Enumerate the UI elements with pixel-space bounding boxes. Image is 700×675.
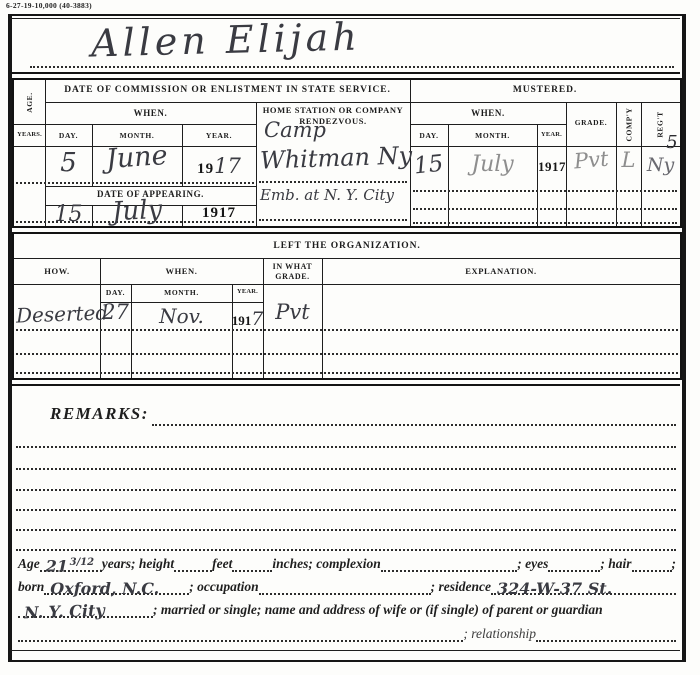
row-line: [14, 124, 256, 125]
form-print-number: 6-27-19-10,000 (40-3883): [6, 1, 92, 10]
mustered-year-value: 1917: [537, 158, 567, 176]
explanation-header: EXPLANATION.: [322, 266, 680, 277]
age-handwritten: 21 3/12: [46, 557, 94, 575]
record-card-frame: Allen Elijah: [8, 14, 686, 662]
relationship-label: ; relationship: [463, 627, 536, 642]
soldier-name-handwritten: Allen Elijah: [26, 18, 426, 62]
row-line: [14, 258, 680, 259]
personal-line-age: Age 21 3/12 years; height feet inches; c…: [18, 556, 676, 572]
wife-parent-blank: [18, 626, 463, 642]
mustered-month-header: MONTH.: [448, 131, 537, 140]
name-section-divider: [10, 72, 680, 74]
occupation-blank: [259, 579, 431, 595]
appearing-month-value: July: [92, 196, 182, 226]
height-field-label: years; height: [102, 557, 174, 572]
leftorg-month-header: MONTH.: [131, 288, 232, 297]
commission-year-value: 1917: [182, 154, 256, 178]
leftorg-year-value: 1917: [230, 308, 265, 330]
remarks-dotted-line: [16, 468, 676, 470]
entry-dotted-line: [413, 222, 677, 224]
leftorg-day-header: DAY.: [100, 288, 131, 297]
remarks-label: REMARKS:: [50, 404, 149, 424]
residence-label: ; residence: [431, 580, 491, 595]
born-handwritten: Oxford, N.C.: [50, 580, 159, 598]
day-header: DAY.: [45, 131, 92, 140]
column-line: [232, 284, 233, 378]
years-header: YEARS.: [14, 131, 45, 139]
relationship-blank: [536, 626, 676, 642]
home-station-line1: Camp: [264, 118, 334, 142]
row-line: [14, 284, 680, 285]
column-line: [256, 102, 257, 226]
mustered-company-value: L: [616, 148, 641, 172]
mustered-grade-value: Pvt: [566, 148, 616, 172]
born-blank: Oxford, N.C.: [44, 579, 189, 595]
remarks-dotted-line: [16, 549, 676, 551]
remarks-dotted-line: [16, 489, 676, 491]
commission-when-header: WHEN.: [45, 108, 256, 119]
column-line: [131, 284, 132, 378]
entry-dotted-line: [16, 372, 678, 374]
commission-month-value: June: [92, 142, 182, 173]
entry-dotted-line: [259, 181, 407, 183]
entry-dotted-line: [16, 353, 678, 355]
eyes-label: ; eyes: [517, 557, 548, 572]
remarks-dotted-line: [16, 529, 676, 531]
section-divider: [10, 384, 680, 386]
remarks-dotted-line: [16, 446, 676, 448]
left-organization-table: LEFT THE ORGANIZATION. HOW. WHEN. IN WHA…: [12, 232, 682, 380]
hair-blank: [632, 556, 672, 572]
remarks-dotted-line: [16, 509, 676, 511]
age-blank: 21 3/12: [40, 556, 102, 572]
age-field-label: Age: [18, 557, 40, 572]
appearing-day-value: 15: [45, 202, 92, 227]
personal-line-relationship: ; relationship: [18, 626, 676, 642]
residence-blank: 324-W-37 St.: [491, 579, 676, 595]
height-inches-blank: [232, 556, 272, 572]
remarks-dotted-line: [152, 424, 676, 426]
muster-record-card-page: 6-27-19-10,000 (40-3883) Allen Elijah: [0, 0, 700, 675]
name-dotted-line: [30, 66, 674, 68]
occupation-label: ; occupation: [189, 580, 258, 595]
grade-header: GRADE.: [566, 118, 616, 127]
city-handwritten: N. Y. City: [24, 602, 105, 622]
company-column-header: COMP'Y: [616, 102, 641, 146]
eyes-blank: [548, 556, 600, 572]
left-organization-title: LEFT THE ORGANIZATION.: [14, 241, 680, 253]
complexion-blank: [381, 556, 518, 572]
year-header: YEAR.: [182, 131, 256, 140]
city-blank: N. Y. City: [18, 602, 153, 618]
mustered-month-value: July: [448, 152, 537, 177]
residence-handwritten: 324-W-37 St.: [497, 580, 612, 598]
row-line: [410, 124, 566, 125]
height-feet-blank: [174, 556, 212, 572]
commission-title: DATE OF COMMISSION OR ENLISTMENT IN STAT…: [45, 85, 410, 97]
month-header: MONTH.: [92, 131, 182, 140]
entry-dotted-line: [259, 219, 407, 221]
how-header: HOW.: [14, 266, 100, 277]
soldier-name-text: Allen Elijah: [91, 14, 362, 65]
row-line: [410, 146, 680, 147]
personal-line-married: N. Y. City ; married or single; name and…: [18, 602, 676, 618]
mustered-title: MUSTERED.: [410, 85, 680, 97]
bottom-double-rule: [10, 650, 680, 651]
leftorg-grade-value: Pvt: [263, 300, 322, 324]
leftorg-day-value: 27: [100, 300, 131, 324]
mustered-day-value: 15: [410, 152, 448, 178]
company-label: COMP'Y: [624, 107, 633, 141]
personal-line-born: born Oxford, N.C. ; occupation ; residen…: [18, 579, 676, 595]
row-line: [45, 102, 680, 103]
commission-day-value: 5: [45, 148, 92, 178]
line-end-semicolon: ;: [672, 557, 677, 572]
leftorg-how-value: Deserted: [16, 302, 100, 326]
hair-label: ; hair: [600, 557, 631, 572]
leftorg-month-value: Nov.: [131, 304, 232, 328]
enlistment-muster-table: AGE. DATE OF COMMISSION OR ENLISTMENT IN…: [12, 78, 682, 228]
leftorg-year-header: YEAR.: [232, 288, 263, 296]
mustered-year-header: YEAR.: [537, 131, 566, 139]
age-label: AGE.: [25, 92, 34, 113]
entry-dotted-line: [413, 208, 677, 210]
complexion-label: inches; complexion: [272, 557, 380, 572]
appearing-year-value: 1917: [182, 204, 256, 222]
home-station-line3: Emb. at N. Y. City: [260, 186, 408, 205]
leftorg-when-header: WHEN.: [100, 266, 263, 277]
mustered-regiment-value: Ny: [641, 154, 680, 176]
in-what-grade-header: IN WHAT GRADE.: [265, 262, 320, 282]
mustered-regiment-number: 5: [662, 132, 682, 153]
appearing-band-top-line: [45, 186, 256, 187]
entry-dotted-line: [413, 190, 677, 192]
born-label: born: [18, 580, 44, 595]
married-single-label: ; married or single; name and address of…: [153, 603, 603, 618]
age-column-header: AGE.: [14, 80, 45, 124]
home-station-line2: Whitman Ny: [260, 144, 408, 172]
feet-label: feet: [212, 557, 232, 572]
entry-dotted-line: [16, 329, 678, 331]
entry-dotted-line: [16, 182, 254, 184]
mustered-when-header: WHEN.: [410, 108, 566, 119]
mustered-day-header: DAY.: [410, 131, 448, 140]
